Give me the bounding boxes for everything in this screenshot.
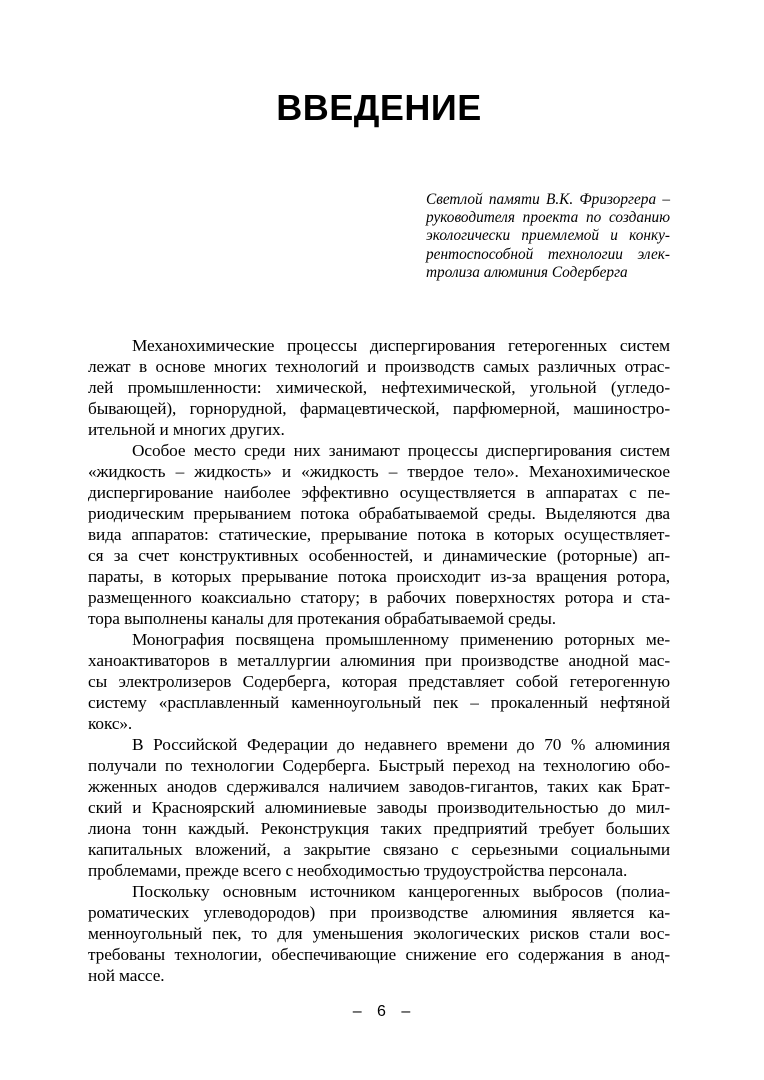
text-line: роматических углеводородов) при производ… xyxy=(88,902,670,923)
epigraph-line: тролиза алюминия Содерберга xyxy=(426,264,670,282)
text-line: лежат в основе многих технологий и произ… xyxy=(88,356,670,377)
text-line: Особое место среди них занимают процессы… xyxy=(88,440,670,461)
page-number: – 6 – xyxy=(0,1002,764,1022)
text-line: риодическим прерыванием потока обрабатыв… xyxy=(88,503,670,524)
text-line: бывающей), горнорудной, фармацевтической… xyxy=(88,398,670,419)
text-line: кокс». xyxy=(88,713,670,734)
text-line: лей промышленности: химической, нефтехим… xyxy=(88,377,670,398)
epigraph: Светлой памяти В.К. Фризоргера –руководи… xyxy=(426,191,670,282)
text-line: Механохимические процессы диспергировани… xyxy=(88,335,670,356)
text-line: размещенного коаксиально статору; в рабо… xyxy=(88,587,670,608)
text-line: параты, в которых прерывание потока прои… xyxy=(88,566,670,587)
paragraph: Особое место среди них занимают процессы… xyxy=(88,440,670,629)
paragraph: Монография посвящена промышленному приме… xyxy=(88,629,670,734)
page-title: ВВЕДЕНИЕ xyxy=(88,88,670,128)
epigraph-line: рентоспособной технологии элек- xyxy=(426,246,670,264)
text-line: Поскольку основным источником канцероген… xyxy=(88,881,670,902)
text-line: менноугольный пек, то для уменьшения эко… xyxy=(88,923,670,944)
epigraph-line: экологически приемлемой и конку- xyxy=(426,227,670,245)
text-line: ский и Красноярский алюминиевые заводы п… xyxy=(88,797,670,818)
text-line: ительной и многих других. xyxy=(88,419,670,440)
paragraph: В Российской Федерации до недавнего врем… xyxy=(88,734,670,881)
epigraph-line: руководителя проекта по созданию xyxy=(426,209,670,227)
text-line: ной массе. xyxy=(88,965,670,986)
text-line: жженных анодов сдерживался наличием заво… xyxy=(88,776,670,797)
text-line: тора выполнены каналы для протекания обр… xyxy=(88,608,670,629)
text-line: вида аппаратов: статические, прерывание … xyxy=(88,524,670,545)
epigraph-line: Светлой памяти В.К. Фризоргера – xyxy=(426,191,670,209)
document-page: ВВЕДЕНИЕ Светлой памяти В.К. Фризоргера … xyxy=(0,0,764,1080)
text-line: Монография посвящена промышленному приме… xyxy=(88,629,670,650)
text-line: диспергирование наиболее эффективно осущ… xyxy=(88,482,670,503)
text-line: капитальных вложений, а закрытие связано… xyxy=(88,839,670,860)
paragraph: Механохимические процессы диспергировани… xyxy=(88,335,670,440)
text-line: «жидкость – жидкость» и «жидкость – твер… xyxy=(88,461,670,482)
paragraph: Поскольку основным источником канцероген… xyxy=(88,881,670,986)
text-line: требованы технологии, обеспечивающие сни… xyxy=(88,944,670,965)
text-line: В Российской Федерации до недавнего врем… xyxy=(88,734,670,755)
text-line: сы электролизеров Содерберга, которая пр… xyxy=(88,671,670,692)
text-line: проблемами, прежде всего с необходимость… xyxy=(88,860,670,881)
text-line: лиона тонн каждый. Реконструкция таких п… xyxy=(88,818,670,839)
text-line: ся за счет конструктивных особенностей, … xyxy=(88,545,670,566)
text-line: ханоактиваторов в металлургии алюминия п… xyxy=(88,650,670,671)
text-line: получали по технологии Содерберга. Быстр… xyxy=(88,755,670,776)
body-text: Механохимические процессы диспергировани… xyxy=(88,335,670,986)
text-line: систему «расплавленный каменноугольный п… xyxy=(88,692,670,713)
